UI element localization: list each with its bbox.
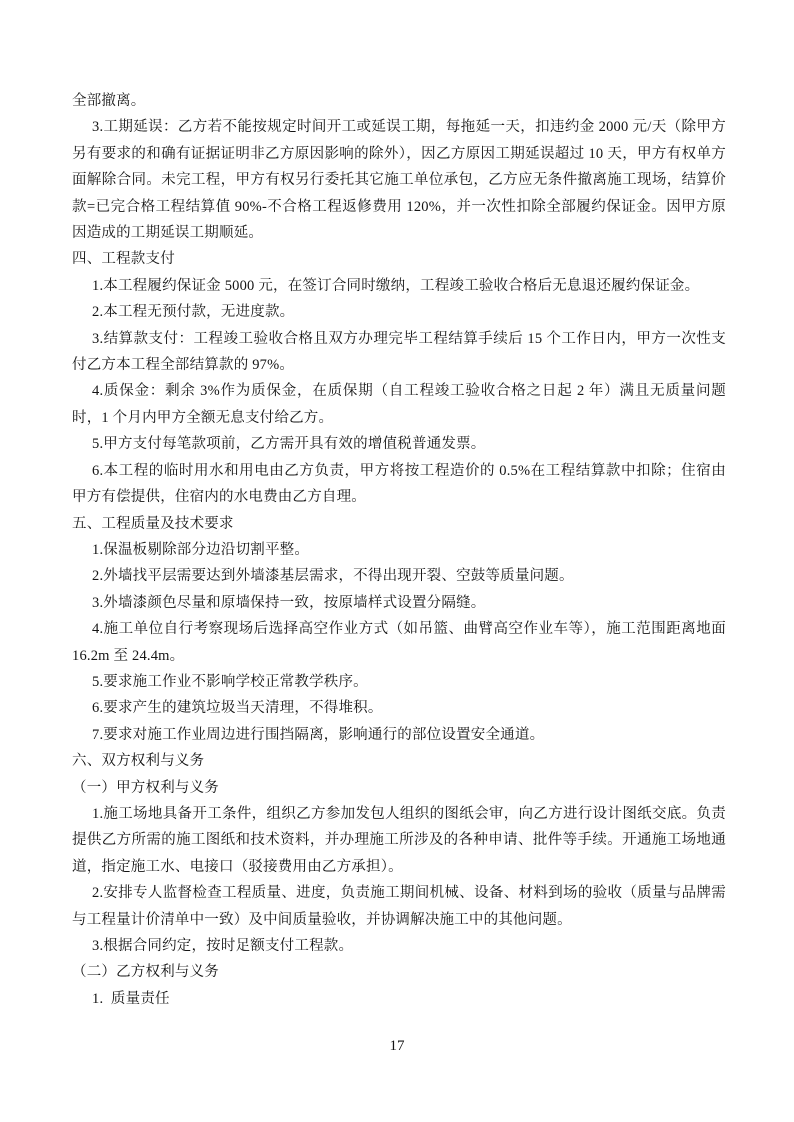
- paragraph: 5.甲方支付每笔款项前，乙方需开具有效的增值税普通发票。: [72, 431, 726, 457]
- paragraph: 2.外墙找平层需要达到外墙漆基层需求，不得出现开裂、空鼓等质量问题。: [72, 563, 726, 589]
- paragraph: 7.要求对施工作业周边进行围挡隔离，影响通行的部位设置安全通道。: [72, 722, 726, 748]
- paragraph: 1.施工场地具备开工条件，组织乙方参加发包人组织的图纸会审，向乙方进行设计图纸交…: [72, 801, 726, 880]
- paragraph: 4.质保金：剩余 3%作为质保金，在质保期（自工程竣工验收合格之日起 2 年）满…: [72, 378, 726, 431]
- paragraph: 1.保温板剔除部分边沿切割平整。: [72, 537, 726, 563]
- paragraph: 3.结算款支付：工程竣工验收合格且双方办理完毕工程结算手续后 15 个工作日内，…: [72, 326, 726, 379]
- section-heading: 五、工程质量及技术要求: [72, 511, 726, 537]
- document-page: 全部撤离。3.工期延误：乙方若不能按规定时间开工或延误工期，每拖延一天，扣违约金…: [0, 0, 794, 1122]
- paragraph: 6.要求产生的建筑垃圾当天清理，不得堆积。: [72, 695, 726, 721]
- paragraph-continuation: 全部撤离。: [72, 88, 726, 114]
- paragraph: 4.施工单位自行考察现场后选择高空作业方式（如吊篮、曲臂高空作业车等），施工范围…: [72, 616, 726, 669]
- paragraph: 2.本工程无预付款，无进度款。: [72, 299, 726, 325]
- paragraph: 1. 质量责任: [72, 986, 726, 1012]
- paragraph: 2.安排专人监督检查工程质量、进度，负责施工期间机械、设备、材料到场的验收（质量…: [72, 880, 726, 933]
- contract-text-body: 全部撤离。3.工期延误：乙方若不能按规定时间开工或延误工期，每拖延一天，扣违约金…: [72, 88, 726, 1012]
- paragraph: 5.要求施工作业不影响学校正常教学秩序。: [72, 669, 726, 695]
- page-number: 17: [0, 1036, 794, 1056]
- paragraph: 3.外墙漆颜色尽量和原墙保持一致，按原墙样式设置分隔缝。: [72, 590, 726, 616]
- section-heading: 六、双方权利与义务: [72, 748, 726, 774]
- paragraph: 1.本工程履约保证金 5000 元，在签订合同时缴纳，工程竣工验收合格后无息退还…: [72, 273, 726, 299]
- paragraph: 3.工期延误：乙方若不能按规定时间开工或延误工期，每拖延一天，扣违约金 2000…: [72, 114, 726, 246]
- sub-section-heading: （二）乙方权利与义务: [72, 959, 726, 985]
- paragraph: 3.根据合同约定，按时足额支付工程款。: [72, 933, 726, 959]
- paragraph: 6.本工程的临时用水和用电由乙方负责，甲方将按工程造价的 0.5%在工程结算款中…: [72, 458, 726, 511]
- sub-section-heading: （一）甲方权利与义务: [72, 775, 726, 801]
- section-heading: 四、工程款支付: [72, 246, 726, 272]
